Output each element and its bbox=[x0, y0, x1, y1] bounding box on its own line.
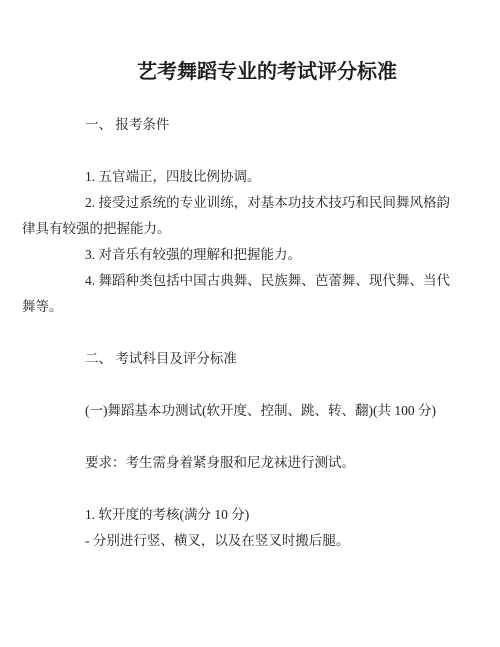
document-title: 艺考舞蹈专业的考试评分标准 bbox=[22, 57, 450, 88]
exam-subject-line: (一)舞蹈基本功测试(软开度、控制、跳、转、翻)(共 100 分) bbox=[22, 398, 450, 424]
section-2-heading: 二、 考试科目及评分标准 bbox=[22, 346, 450, 372]
section-1-requirements-list: 1. 五官端正，四肢比例协调。 2. 接受过系统的专业训练，对基本功技术技巧和民… bbox=[22, 164, 450, 320]
requirement-item-2: 2. 接受过系统的专业训练，对基本功技术技巧和民间舞风格韵律具有较强的把握能力。 bbox=[22, 190, 450, 242]
document-page: 艺考舞蹈专业的考试评分标准 一、 报考条件 1. 五官端正，四肢比例协调。 2.… bbox=[0, 0, 500, 647]
exam-requirement-line: 要求：考生需身着紧身服和尼龙袜进行测试。 bbox=[22, 450, 450, 476]
criteria-group: 1. 软开度的考核(满分 10 分) - 分别进行竖、横叉，以及在竖叉时搬后腿。 bbox=[22, 502, 450, 554]
requirement-item-4: 4. 舞蹈种类包括中国古典舞、民族舞、芭蕾舞、现代舞、当代舞等。 bbox=[22, 268, 450, 320]
criteria-detail-line: - 分别进行竖、横叉，以及在竖叉时搬后腿。 bbox=[22, 528, 450, 554]
requirement-item-1: 1. 五官端正，四肢比例协调。 bbox=[22, 164, 450, 190]
requirement-item-3: 3. 对音乐有较强的理解和把握能力。 bbox=[22, 242, 450, 268]
criteria-heading-line: 1. 软开度的考核(满分 10 分) bbox=[22, 502, 450, 528]
section-1-heading: 一、 报考条件 bbox=[22, 112, 450, 138]
